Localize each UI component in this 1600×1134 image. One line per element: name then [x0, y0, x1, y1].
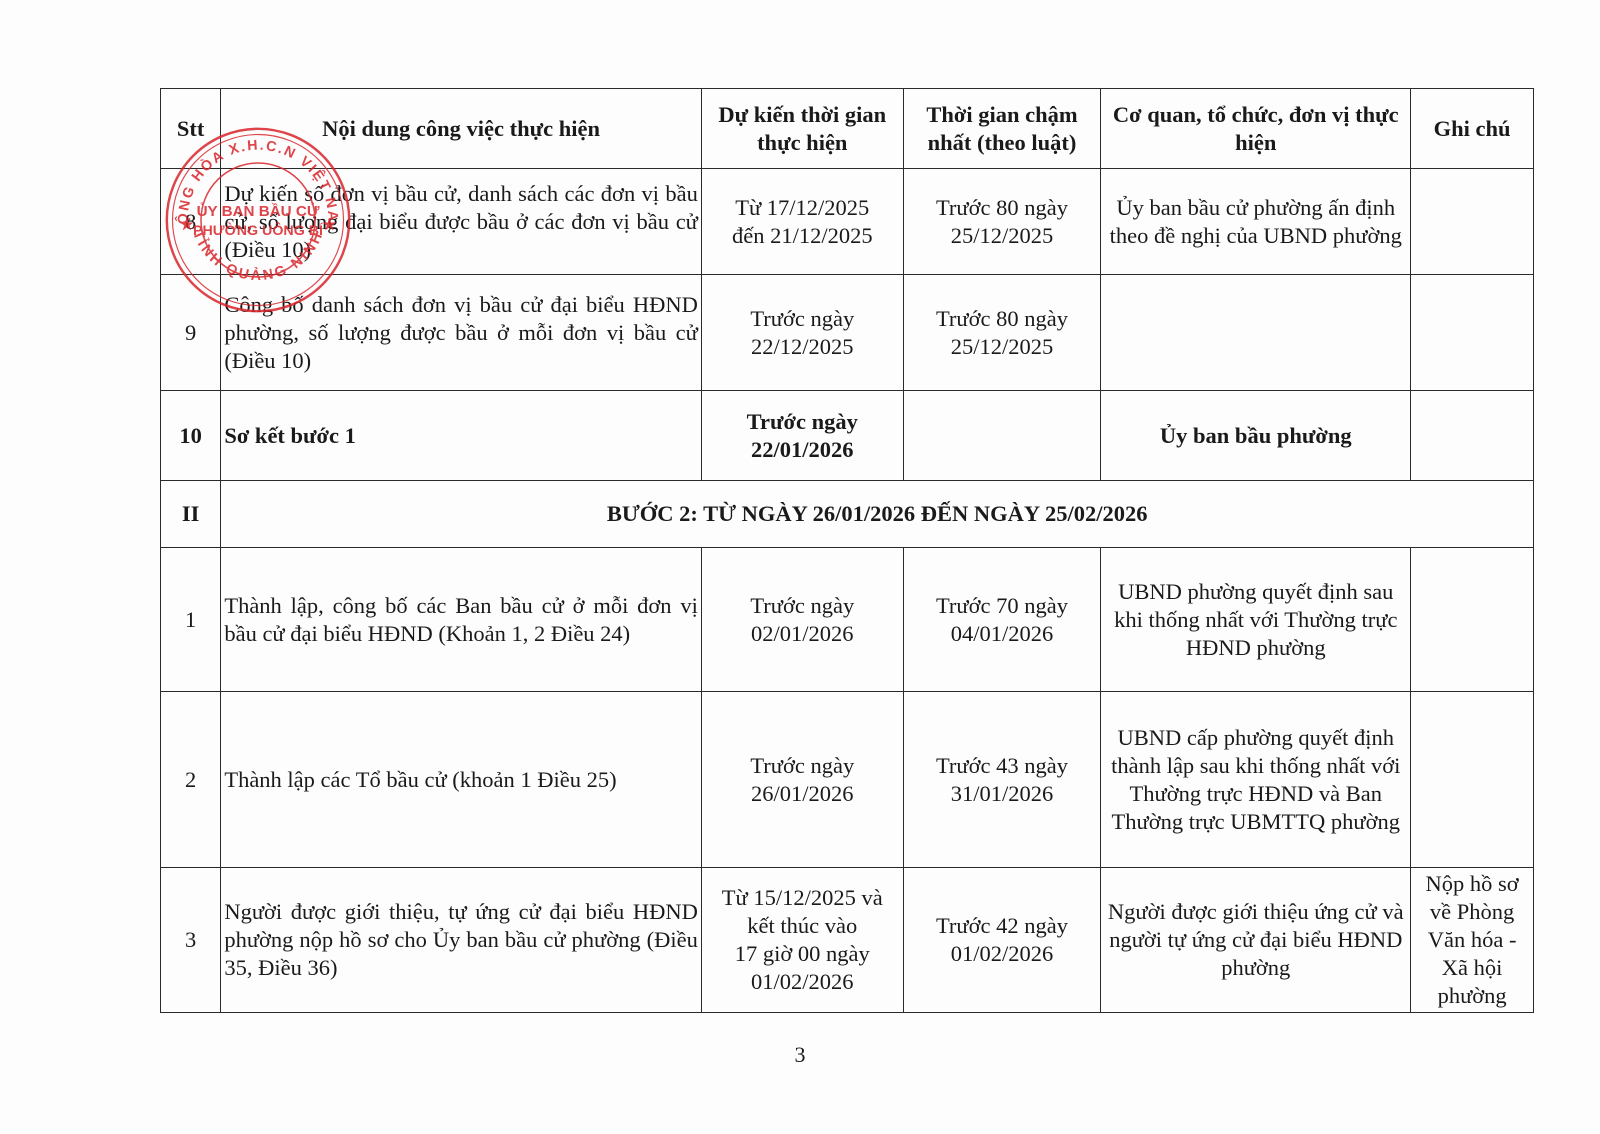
row-stt: 2 — [161, 692, 221, 868]
row-organization: UBND phường quyết định sau khi thống nhấ… — [1101, 548, 1411, 692]
section-row: II BƯỚC 2: TỪ NGÀY 26/01/2026 ĐẾN NGÀY 2… — [161, 481, 1534, 548]
row-organization: Ủy ban bầu phường — [1101, 391, 1411, 481]
row-content: Dự kiến số đơn vị bầu cử, danh sách các … — [221, 169, 702, 275]
row-stt: 1 — [161, 548, 221, 692]
election-schedule-table: Stt Nội dung công việc thực hiện Dự kiến… — [160, 88, 1534, 1013]
row-planned-time: Từ 15/12/2025 vàkết thúc vào17 giờ 00 ng… — [701, 868, 903, 1013]
row-note — [1411, 391, 1534, 481]
row-content: Người được giới thiệu, tự ứng cử đại biể… — [221, 868, 702, 1013]
row-stt: 9 — [161, 275, 221, 391]
row-planned-time: Trước ngày22/12/2025 — [701, 275, 903, 391]
header-planned-time: Dự kiến thời gian thực hiện — [701, 89, 903, 169]
row-stt: 3 — [161, 868, 221, 1013]
row-planned-time: Trước ngày22/01/2026 — [701, 391, 903, 481]
row-organization — [1101, 275, 1411, 391]
row-note — [1411, 692, 1534, 868]
table-header-row: Stt Nội dung công việc thực hiện Dự kiến… — [161, 89, 1534, 169]
header-stt: Stt — [161, 89, 221, 169]
row-note — [1411, 275, 1534, 391]
row-content: Công bố danh sách đơn vị bầu cử đại biểu… — [221, 275, 702, 391]
table-row: 10Sơ kết bước 1Trước ngày22/01/2026Ủy ba… — [161, 391, 1534, 481]
row-note — [1411, 548, 1534, 692]
table-row: 3Người được giới thiệu, tự ứng cử đại bi… — [161, 868, 1534, 1013]
header-content: Nội dung công việc thực hiện — [221, 89, 702, 169]
row-planned-time: Trước ngày26/01/2026 — [701, 692, 903, 868]
row-deadline: Trước 43 ngày31/01/2026 — [903, 692, 1101, 868]
row-deadline: Trước 80 ngày25/12/2025 — [903, 275, 1101, 391]
row-note: Nộp hồ sơ về Phòng Văn hóa - Xã hội phườ… — [1411, 868, 1534, 1013]
row-content: Sơ kết bước 1 — [221, 391, 702, 481]
row-stt: 10 — [161, 391, 221, 481]
row-planned-time: Trước ngày02/01/2026 — [701, 548, 903, 692]
page-number: 3 — [0, 1042, 1600, 1068]
section-number: II — [161, 481, 221, 548]
row-content: Thành lập các Tổ bầu cử (khoản 1 Điều 25… — [221, 692, 702, 868]
row-stt: 8 — [161, 169, 221, 275]
row-organization: Ủy ban bầu cử phường ấn định theo đề ngh… — [1101, 169, 1411, 275]
header-deadline: Thời gian chậm nhất (theo luật) — [903, 89, 1101, 169]
header-note: Ghi chú — [1411, 89, 1534, 169]
table-row: 2Thành lập các Tổ bầu cử (khoản 1 Điều 2… — [161, 692, 1534, 868]
row-deadline: Trước 70 ngày04/01/2026 — [903, 548, 1101, 692]
table-row: 8Dự kiến số đơn vị bầu cử, danh sách các… — [161, 169, 1534, 275]
document-page: Stt Nội dung công việc thực hiện Dự kiến… — [0, 0, 1600, 1134]
row-deadline: Trước 80 ngày25/12/2025 — [903, 169, 1101, 275]
row-deadline — [903, 391, 1101, 481]
row-organization: Người được giới thiệu ứng cử và người tự… — [1101, 868, 1411, 1013]
row-organization: UBND cấp phường quyết định thành lập sau… — [1101, 692, 1411, 868]
row-content: Thành lập, công bố các Ban bầu cử ở mỗi … — [221, 548, 702, 692]
row-planned-time: Từ 17/12/2025đến 21/12/2025 — [701, 169, 903, 275]
table-row: 1Thành lập, công bố các Ban bầu cử ở mỗi… — [161, 548, 1534, 692]
section-title: BƯỚC 2: TỪ NGÀY 26/01/2026 ĐẾN NGÀY 25/0… — [221, 481, 1534, 548]
row-deadline: Trước 42 ngày01/02/2026 — [903, 868, 1101, 1013]
row-note — [1411, 169, 1534, 275]
table-row: 9Công bố danh sách đơn vị bầu cử đại biể… — [161, 275, 1534, 391]
header-organization: Cơ quan, tổ chức, đơn vị thực hiện — [1101, 89, 1411, 169]
